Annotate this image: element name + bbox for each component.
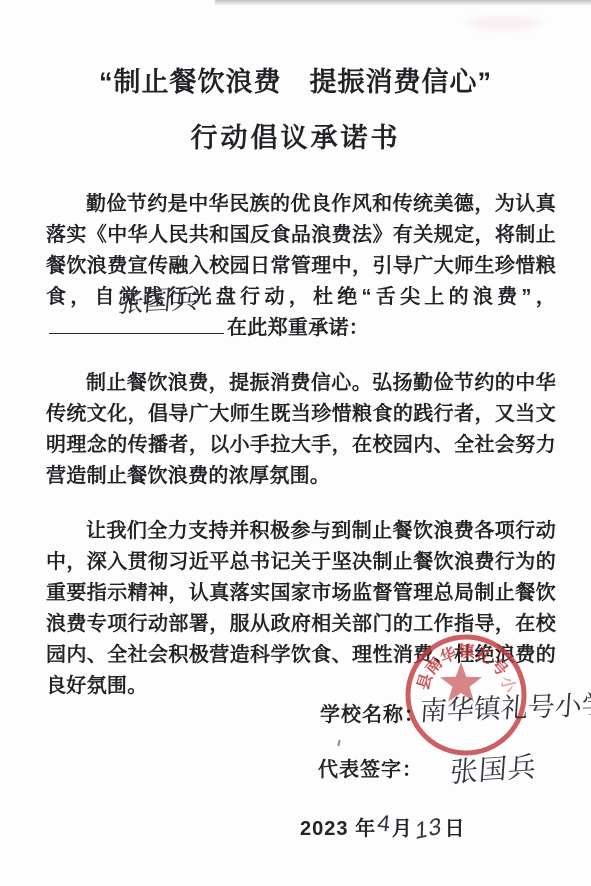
date-year-suffix: 年 <box>355 818 376 840</box>
handwritten-representative-signature: 张国兵 <box>449 745 539 791</box>
date-month-suffix: 月 <box>392 818 413 840</box>
handwritten-school-name: 南华镇礼号小学 <box>419 683 591 729</box>
document-title-line2: 行动倡议承诺书 <box>0 116 591 155</box>
handwritten-inline-signature: 张国兵 <box>76 284 200 322</box>
scan-artifact-top-strip <box>215 0 591 6</box>
scan-artifact-smudge <box>468 16 540 30</box>
school-name-label: 学校名称： <box>320 698 425 727</box>
document-title-line1: “制止餐饮浪费 提振消费信心” <box>0 60 591 99</box>
paragraph-pledge-1: 制止餐饮浪费，提振消费信心。弘扬勤俭节约的中华传统文化，倡导广大师生既当珍惜粮食… <box>46 368 556 492</box>
representative-signature-label: 代表签字： <box>318 753 423 782</box>
handwritten-date-day: 13 <box>415 812 443 846</box>
signature-blank-line: 张国兵 <box>49 314 224 334</box>
date-day-suffix: 日 <box>444 818 465 840</box>
paragraph-commitment-intro: 勤俭节约是中华民族的优良作风和传统美德，为认真落实《中华人民共和国反食品浪费法》… <box>46 189 556 344</box>
date-year: 2023 <box>300 818 349 840</box>
paragraph-1-text-after: 在此郑重承诺： <box>227 317 369 339</box>
handwritten-date-month: 4 <box>376 809 393 837</box>
scan-artifact-dot <box>337 740 340 746</box>
date-line: 2023 年4月13日 <box>300 812 465 841</box>
scanned-commitment-letter-page: “制止餐饮浪费 提振消费信心” 行动倡议承诺书 勤俭节约是中华民族的优良作风和传… <box>0 0 591 886</box>
